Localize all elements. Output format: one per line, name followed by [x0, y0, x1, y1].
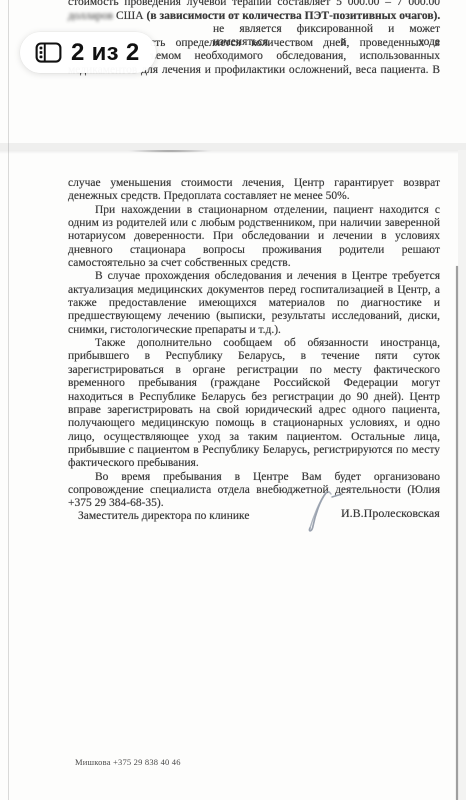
page1-line-fragment: США	[116, 10, 144, 22]
page2-body-text: случае уменьшения стоимости лечения, Цен…	[68, 177, 440, 511]
page1-line: стоимость проведения лучевой терапии сос…	[68, 0, 440, 9]
paragraph: Во время пребывания в Центре Вам будет о…	[68, 471, 440, 511]
paragraph: При нахождении в стационарном отделении,…	[68, 204, 440, 271]
scan-right-margin	[458, 150, 466, 800]
footer-contact: Мишкова +375 29 838 40 46	[75, 757, 181, 767]
paragraph: случае уменьшения стоимости лечения, Цен…	[68, 177, 440, 204]
scan-right-edge	[456, 266, 458, 800]
page-thumbnails-icon	[35, 41, 62, 64]
paragraph: В случае прохождения обследования и лече…	[68, 270, 440, 337]
signature-stroke-icon	[298, 488, 346, 534]
page-indicator-label: 2 из 2	[71, 39, 140, 67]
signer-title: Заместитель директора по клинике	[78, 510, 249, 522]
page1-line-fragment: долларов	[68, 10, 113, 22]
document-scroll-area[interactable]: стоимость проведения лучевой терапии сос…	[0, 0, 466, 800]
signer-name: И.В.Пролесковская	[341, 506, 440, 521]
page-gap	[0, 143, 466, 150]
page1-line: долларовСША(в зависимости от количества …	[68, 10, 440, 23]
page-indicator-pill[interactable]: 2 из 2	[20, 32, 156, 73]
page1-line-bold-fragment: (в зависимости от количества ПЭТ-позитив…	[147, 10, 441, 22]
page1-line: сть определяется количеством дней, прове…	[150, 37, 440, 50]
scan-left-edge	[8, 0, 9, 800]
paragraph: Также дополнительно сообщаем об обязанно…	[68, 337, 440, 470]
page1-line: ъемом необходимого обследования, использ…	[150, 50, 440, 63]
